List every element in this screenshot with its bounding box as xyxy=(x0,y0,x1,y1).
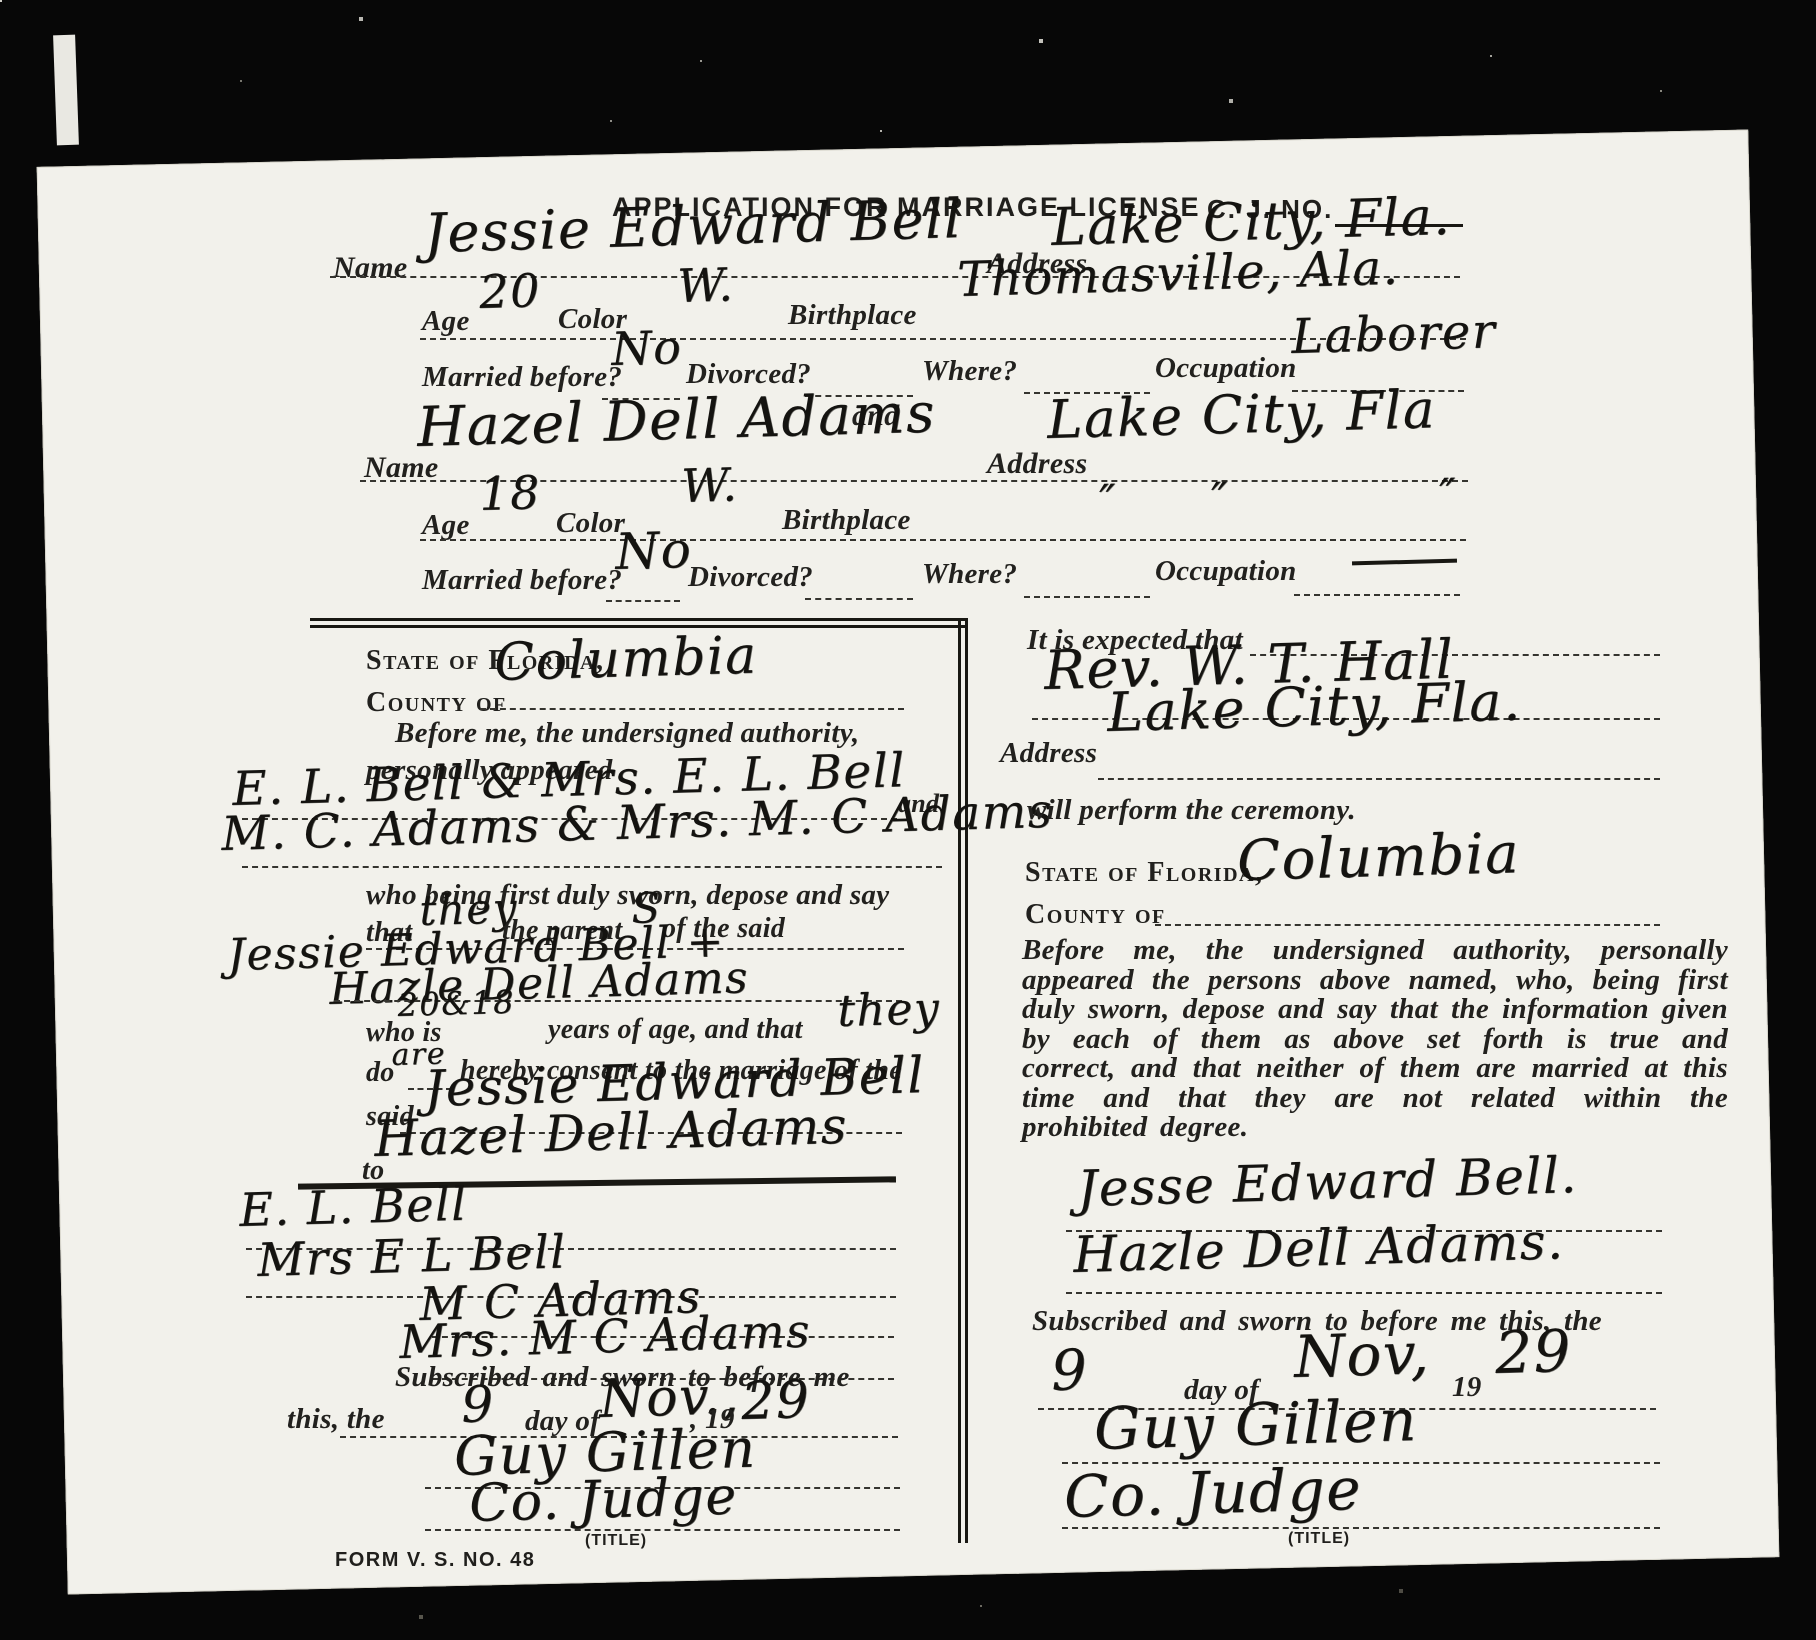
rule xyxy=(425,1529,900,1531)
bride-color-value: W. xyxy=(681,460,739,511)
groom-age-label: Age xyxy=(422,306,470,337)
consent-before-me-text: Before me, the undersigned authority, xyxy=(395,718,859,749)
consent-judge-title-value: Co. Judge xyxy=(468,1469,738,1533)
rule xyxy=(242,866,942,868)
groom-birthplace-value: Thomasville, Ala. xyxy=(957,243,1400,307)
bride-married-label: Married before? xyxy=(422,565,622,596)
affidavit-year-printed-label: 19 xyxy=(1452,1372,1482,1403)
groom-where-label: Where? xyxy=(922,356,1017,387)
bride-divorced-label: Divorced? xyxy=(688,562,813,593)
consent-this-the-label: this, the xyxy=(287,1404,385,1435)
form-number: FORM V. S. NO. 48 xyxy=(335,1550,535,1572)
consent-county-value: Columbia xyxy=(493,628,758,691)
bride-birthplace-ditto: ″ xyxy=(1211,476,1230,524)
rule xyxy=(1066,1292,1662,1294)
affidavit-day-value: 9 xyxy=(1050,1341,1089,1402)
bride-where-label: Where? xyxy=(922,559,1017,590)
bride-occupation-dash xyxy=(1352,559,1457,566)
consent-box-right-border xyxy=(958,618,968,1543)
consent-years-label: years of age, and that xyxy=(548,1015,803,1045)
rule xyxy=(1155,924,1660,926)
affidavit-county-label: County of xyxy=(1025,900,1166,930)
rule xyxy=(1294,594,1460,596)
bride-birthplace-label: Birthplace xyxy=(782,505,911,536)
rule xyxy=(1062,1527,1660,1529)
affidavit-judge-title-value: Co. Judge xyxy=(1063,1458,1362,1529)
affidavit-bride-signature: Hazle Dell Adams. xyxy=(1072,1214,1565,1282)
officiant-perform-label: will perform the ceremony. xyxy=(1027,795,1356,826)
bride-name-value: Hazel Dell Adams xyxy=(416,384,936,458)
affidavit-groom-signature: Jesse Edward Bell. xyxy=(1076,1148,1578,1216)
affidavit-state-label: State of Florida, xyxy=(1025,858,1263,888)
officiant-address-value: Lake City, Fla. xyxy=(1106,672,1522,742)
officiant-address-label: Address xyxy=(1000,738,1097,769)
consent-they2-value: they xyxy=(837,985,941,1035)
rule xyxy=(480,708,904,710)
bride-address-value: Lake City, Fla xyxy=(1046,381,1436,449)
groom-name-value: Jessie Edward Bell xyxy=(423,190,963,263)
consent-signature: Mrs. M C Adams xyxy=(399,1307,812,1368)
groom-age-value: 20 xyxy=(479,266,542,317)
marriage-application-form: APPLICATION FOR MARRIAGE LICENSE C. J. N… xyxy=(0,0,1816,1640)
bride-birthplace-ditto: ″ xyxy=(1099,478,1118,526)
bride-address-label: Address xyxy=(987,448,1087,480)
consent-box-top-border xyxy=(310,618,968,628)
consent-child2-value: Hazle Dell Adams xyxy=(329,954,750,1013)
affidavit-body-text: Before me, the undersigned authority, pe… xyxy=(1022,936,1728,1143)
groom-name-label: Name xyxy=(333,252,408,284)
affidavit-county-value: Columbia xyxy=(1236,824,1520,892)
bride-age-label: Age xyxy=(422,510,470,541)
groom-occupation-value: Laborer xyxy=(1291,306,1497,364)
consent-bride-name-value: Hazel Dell Adams xyxy=(373,1099,848,1166)
affidavit-year-value: 29 xyxy=(1494,1320,1573,1385)
rule xyxy=(420,539,1466,541)
bride-birthplace-ditto: ″ xyxy=(1439,472,1458,520)
rule xyxy=(1098,778,1660,780)
affidavit-month-value: Nov, xyxy=(1293,1322,1431,1388)
consent-do-label: do xyxy=(366,1058,395,1088)
groom-birthplace-label: Birthplace xyxy=(788,300,917,331)
consent-county-label: County of xyxy=(366,688,507,718)
groom-married-label: Married before? xyxy=(422,362,622,393)
affidavit-judge-signature: Guy Gillen xyxy=(1093,1389,1418,1461)
bride-married-value: No xyxy=(614,523,692,579)
groom-color-value: W. xyxy=(677,260,735,311)
title-caption: (TITLE) xyxy=(585,1532,647,1549)
bride-occupation-label: Occupation xyxy=(1155,556,1297,587)
rule xyxy=(805,598,913,600)
groom-occupation-label: Occupation xyxy=(1155,353,1297,384)
rule xyxy=(606,600,680,602)
groom-married-value: No xyxy=(611,323,683,375)
rule xyxy=(1024,596,1150,598)
title-caption: (TITLE) xyxy=(1288,1530,1350,1547)
bride-age-value: 18 xyxy=(479,468,542,519)
